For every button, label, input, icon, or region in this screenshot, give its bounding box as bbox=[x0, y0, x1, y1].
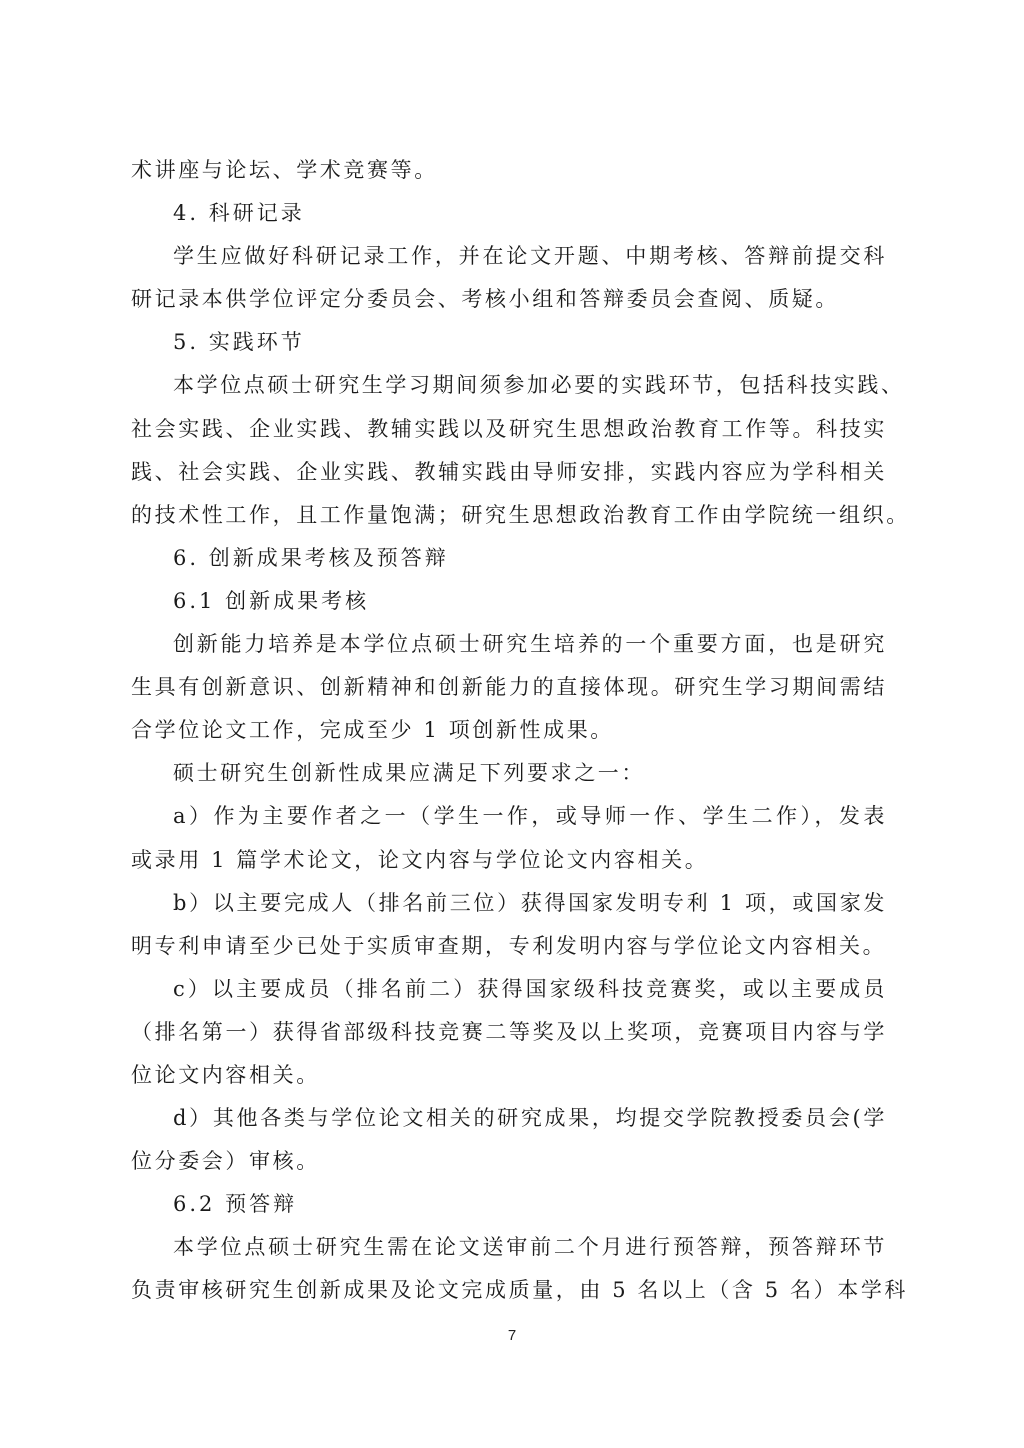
document-body: 术讲座与论坛、学术竞赛等。 4. 科研记录 学生应做好科研记录工作，并在论文开题… bbox=[131, 149, 887, 1313]
paragraph-line: 术讲座与论坛、学术竞赛等。 bbox=[131, 149, 887, 192]
page-number: 7 bbox=[0, 1327, 1024, 1344]
list-item-b-cont: 明专利申请至少已处于实质审查期，专利发明内容与学位论文内容相关。 bbox=[131, 925, 887, 968]
paragraph-line: 本学位点硕士研究生需在论文送审前二个月进行预答辩，预答辩环节 bbox=[131, 1226, 887, 1269]
paragraph-line: 社会实践、企业实践、教辅实践以及研究生思想政治教育工作等。科技实 bbox=[131, 408, 887, 451]
document-page: 术讲座与论坛、学术竞赛等。 4. 科研记录 学生应做好科研记录工作，并在论文开题… bbox=[0, 0, 1024, 1448]
paragraph-line: 负责审核研究生创新成果及论文完成质量，由 5 名以上（含 5 名）本学科 bbox=[131, 1269, 887, 1312]
paragraph-line: 学生应做好科研记录工作，并在论文开题、中期考核、答辩前提交科 bbox=[131, 235, 887, 278]
list-item-d-cont: 位分委会）审核。 bbox=[131, 1140, 887, 1183]
list-item-c-cont: （排名第一）获得省部级科技竞赛二等奖及以上奖项，竞赛项目内容与学 bbox=[131, 1011, 887, 1054]
list-item-b: b）以主要完成人（排名前三位）获得国家发明专利 1 项，或国家发 bbox=[131, 882, 887, 925]
paragraph-line: 生具有创新意识、创新精神和创新能力的直接体现。研究生学习期间需结 bbox=[131, 666, 887, 709]
subsection-heading-pre-defense: 6.2 预答辩 bbox=[131, 1183, 887, 1226]
list-item-a-cont: 或录用 1 篇学术论文，论文内容与学位论文内容相关。 bbox=[131, 839, 887, 882]
paragraph-line: 合学位论文工作，完成至少 1 项创新性成果。 bbox=[131, 709, 887, 752]
paragraph-line: 的技术性工作，且工作量饱满；研究生思想政治教育工作由学院统一组织。 bbox=[131, 494, 887, 537]
section-heading-research-records: 4. 科研记录 bbox=[131, 192, 887, 235]
paragraph-line: 践、社会实践、企业实践、教辅实践由导师安排，实践内容应为学科相关 bbox=[131, 451, 887, 494]
paragraph-line: 硕士研究生创新性成果应满足下列要求之一： bbox=[131, 752, 887, 795]
list-item-a: a）作为主要作者之一（学生一作，或导师一作、学生二作），发表 bbox=[131, 795, 887, 838]
list-item-d: d）其他各类与学位论文相关的研究成果，均提交学院教授委员会(学 bbox=[131, 1097, 887, 1140]
paragraph-line: 本学位点硕士研究生学习期间须参加必要的实践环节，包括科技实践、 bbox=[131, 364, 887, 407]
section-heading-innovation: 6. 创新成果考核及预答辩 bbox=[131, 537, 887, 580]
paragraph-line: 研记录本供学位评定分委员会、考核小组和答辩委员会查阅、质疑。 bbox=[131, 278, 887, 321]
section-heading-practice: 5. 实践环节 bbox=[131, 321, 887, 364]
list-item-c-cont: 位论文内容相关。 bbox=[131, 1054, 887, 1097]
list-item-c: c）以主要成员（排名前二）获得国家级科技竞赛奖，或以主要成员 bbox=[131, 968, 887, 1011]
subsection-heading-innovation-assessment: 6.1 创新成果考核 bbox=[131, 580, 887, 623]
paragraph-line: 创新能力培养是本学位点硕士研究生培养的一个重要方面，也是研究 bbox=[131, 623, 887, 666]
